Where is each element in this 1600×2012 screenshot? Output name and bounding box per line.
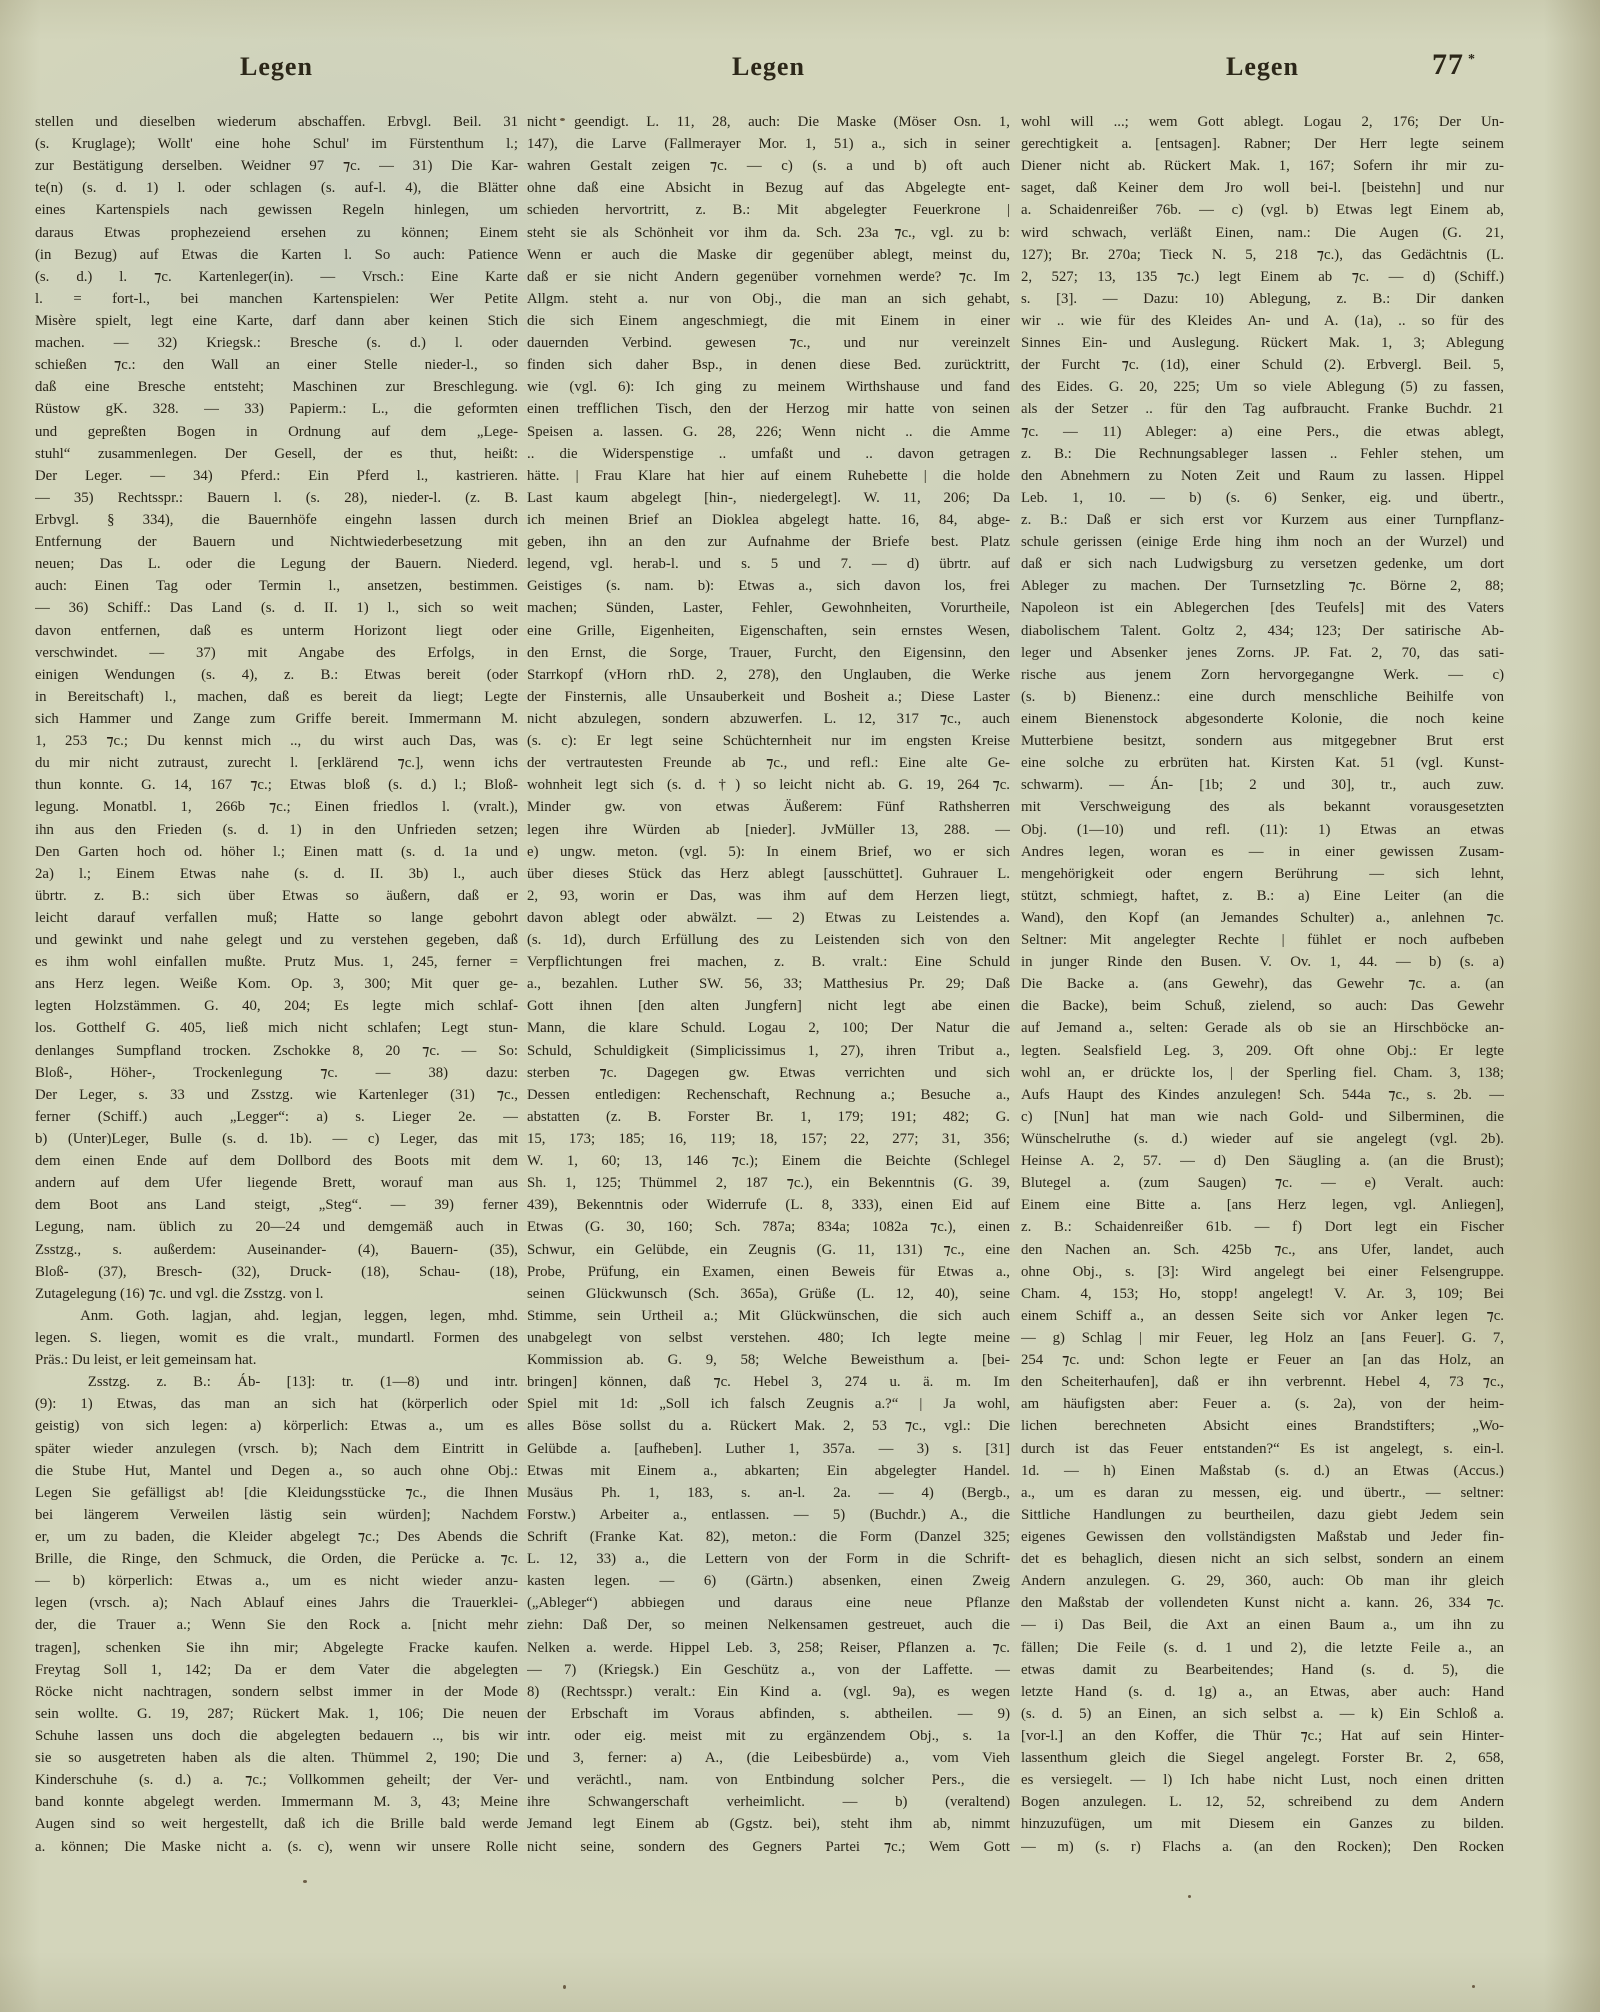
- text-line: Obj. (1—10) und refl. (11): 1) Etwas an …: [1021, 819, 1504, 841]
- text-line: Schwur, ein Gelübde, ein Zeugnis (G. 11,…: [527, 1239, 1010, 1261]
- text-line: nicht geendigt. L. 11, 28, auch: Die Mas…: [527, 111, 1010, 133]
- text-line: 1, 253 ⁊c.; Du kennst mich .., du wirst …: [35, 730, 518, 752]
- text-line: — g) Schlag | mir Feuer, leg Holz an [an…: [1021, 1327, 1504, 1349]
- text-line: leger und Absenker jenes Zorns. JP. Fat.…: [1021, 642, 1504, 664]
- text-line: etwas damit zu Bearbeitendes; Hand (s. d…: [1021, 1659, 1504, 1681]
- text-line: Last kaum abgelegt [hin-, niedergelegt].…: [527, 487, 1010, 509]
- text-line: Einem eine Bitte a. [ans Herz legen, vgl…: [1021, 1194, 1504, 1216]
- text-line: Rüstow gK. 328. — 33) Papierm.: L., die …: [35, 398, 518, 420]
- text-line: wohnheit legt sich (s. d. †) so leicht n…: [527, 774, 1010, 796]
- text-line: Mutterbiene besitzt, sondern aus mitgege…: [1021, 730, 1504, 752]
- text-line: W. 1, 60; 13, 146 ⁊c.); Einem die Beicht…: [527, 1150, 1010, 1172]
- text-line: übrtr. z. B.: sich über Etwas so äußern,…: [35, 885, 518, 907]
- paper-speck: [1188, 1895, 1191, 1898]
- text-line: Brille, die Ringe, den Schmuck, die Orde…: [35, 1548, 518, 1570]
- text-line: Zsstzg. z. B.: Áb- [13]: tr. (1—8) und i…: [35, 1371, 518, 1393]
- text-line: Gott ihnen [den alten Jungfern] nicht le…: [527, 995, 1010, 1017]
- text-column-2: nicht geendigt. L. 11, 28, auch: Die Mas…: [527, 111, 1010, 1858]
- text-line: der, die Trauer a.; Wenn Sie den Rock a.…: [35, 1614, 518, 1636]
- text-line: verschwindet. — 37) mit Angabe des Erfol…: [35, 642, 518, 664]
- text-line: der Erbschaft im Voraus abfinden, s. abt…: [527, 1703, 1010, 1725]
- text-line: 8) (Rechtsspr.) veralt.: Ein Kind a. (vg…: [527, 1681, 1010, 1703]
- text-line: band konnte abgelegt werden. Immermann M…: [35, 1791, 518, 1813]
- text-line: Leb. 1, 10. — b) (s. 6) Senker, eig. und…: [1021, 487, 1504, 509]
- text-line: Verpflichtungen frei machen, z. B. vralt…: [527, 951, 1010, 973]
- text-line: stuhl“ zusammenlegen. Der Gesell, der es…: [35, 443, 518, 465]
- text-line: Schuhe lassen uns doch die abgelegten be…: [35, 1725, 518, 1747]
- text-line: einem Schiff a., an dessen Seite sich vo…: [1021, 1305, 1504, 1327]
- text-line: sterben ⁊c. Dagegen gw. Etwas verrichten…: [527, 1062, 1010, 1084]
- text-line: Allgm. steht a. nur von Obj., die man an…: [527, 288, 1010, 310]
- text-line: wird schwach, verläßt Einen, nam.: Die A…: [1021, 222, 1504, 244]
- text-line: Bogen anzulegen. L. 12, 52, schreibend z…: [1021, 1791, 1504, 1813]
- text-line: legten Holzstämmen. G. 40, 204; Es legte…: [35, 995, 518, 1017]
- text-line: thun konnte. G. 14, 167 ⁊c.; Etwas bloß …: [35, 774, 518, 796]
- text-line: daraus Etwas prophezeiend ersehen zu kön…: [35, 222, 518, 244]
- text-line: eigenes Gewissen den vollständigsten Maß…: [1021, 1526, 1504, 1548]
- text-line: die sich Einem angeschmiegt, die mit Ein…: [527, 310, 1010, 332]
- text-line: Legen Sie gefälligst ab! [die Kleidungss…: [35, 1482, 518, 1504]
- text-line: tragen], schenken Sie ihn mir; Abgelegte…: [35, 1637, 518, 1659]
- text-line: davon ablegt oder abwälzt. — 2) Etwas zu…: [527, 907, 1010, 929]
- text-line: intr. oder eig. meist mit zu ergänzendem…: [527, 1725, 1010, 1747]
- text-line: es versiegelt. — l) Ich habe nicht Lust,…: [1021, 1769, 1504, 1791]
- text-line: ihre Schwangerschaft verheimlicht. — b) …: [527, 1791, 1010, 1813]
- text-line: Etwas mit Einem a., abkarten; Ein abgele…: [527, 1460, 1010, 1482]
- text-line: Heinse A. 2, 57. — d) Den Säugling a. (a…: [1021, 1150, 1504, 1172]
- text-line: bringen] können, daß ⁊c. Hebel 3, 274 u.…: [527, 1371, 1010, 1393]
- text-line: steht sie als Schönheit vor ihm da. Sch.…: [527, 222, 1010, 244]
- text-line: den Nachen an. Sch. 425b ⁊c., ans Ufer, …: [1021, 1239, 1504, 1261]
- text-line: Stimme, sein Urtheil a.; Mit Glückwünsch…: [527, 1305, 1010, 1327]
- text-line: — 35) Rechtsspr.: Bauern l. (s. 28), nie…: [35, 487, 518, 509]
- page-number-value: 77: [1432, 48, 1464, 81]
- text-line: e) ungw. meton. (vgl. 5): In einem Brief…: [527, 841, 1010, 863]
- text-line: denlanges Sumpfland trocken. Zschokke 8,…: [35, 1040, 518, 1062]
- text-line: (s. d.) l. ⁊c. Kartenleger(in). — Vrsch.…: [35, 266, 518, 288]
- text-line: du mir nicht zutraust, zurecht l. [erklä…: [35, 752, 518, 774]
- text-line: nicht abzulegen, sondern abzuwerfen. L. …: [527, 708, 1010, 730]
- text-line: machen. — 32) Kriegsk.: Bresche (s. d.) …: [35, 332, 518, 354]
- text-line: legend, vgl. herab-l. und s. 5 und 7. — …: [527, 553, 1010, 575]
- text-line: durch ist das Feuer entstanden?“ Es ist …: [1021, 1438, 1504, 1460]
- text-line: alles Böse sollst du a. Rückert Mak. 2, …: [527, 1415, 1010, 1437]
- text-line: sie so ausgetreten haben als die alten. …: [35, 1747, 518, 1769]
- text-line: — 36) Schiff.: Das Land (s. d. II. 1) l.…: [35, 597, 518, 619]
- text-line: (s. b) Bienenz.: eine durch menschliche …: [1021, 686, 1504, 708]
- text-line: und gewinkt und nahe gelegt und zu verst…: [35, 929, 518, 951]
- text-line: ziehn: Daß Der, so meinen Nelkensamen ge…: [527, 1614, 1010, 1636]
- text-line: (s. d. 5) an Einen, an sich selbst a. — …: [1021, 1703, 1504, 1725]
- text-line: Geistiges (s. nam. b): Etwas a., sich da…: [527, 575, 1010, 597]
- text-line: dauernden Verbind. gewesen ⁊c., und nur …: [527, 332, 1010, 354]
- text-line: 1d. — h) Einen Maßstab (s. d.) an Etwas …: [1021, 1460, 1504, 1482]
- text-line: auf Jemand a., selten: Gerade als ob sie…: [1021, 1017, 1504, 1039]
- text-line: z. B.: Daß er sich erst vor Kurzem aus e…: [1021, 509, 1504, 531]
- text-line: den Maßstab der vollendeten Kunst nicht …: [1021, 1592, 1504, 1614]
- paper-speck: [560, 118, 565, 121]
- text-line: 254 ⁊c. und: Schon legte er Feuer an [an…: [1021, 1349, 1504, 1371]
- text-line: (s. 1d), durch Erfüllung des zu Leistend…: [527, 929, 1010, 951]
- text-line: Wand), den Kopf (an Jemandes Schulter) a…: [1021, 907, 1504, 929]
- text-line: davon entfernen, daß es unterm Horizont …: [35, 620, 518, 642]
- text-line: Etwas (G. 30, 160; Sch. 787a; 834a; 1082…: [527, 1216, 1010, 1238]
- text-line: Kommission ab. G. 9, 58; Welche Beweisth…: [527, 1349, 1010, 1371]
- text-line: det es behaglich, diesen nicht an sich s…: [1021, 1548, 1504, 1570]
- text-line: ohne daß eine Absicht in Bezug auf das A…: [527, 177, 1010, 199]
- text-line: Schrift (Franke Kat. 82), meton.: die Fo…: [527, 1526, 1010, 1548]
- text-line: stellen und dieselben wiederum abschaffe…: [35, 111, 518, 133]
- text-line: geistig) von sich legen: a) körperlich: …: [35, 1415, 518, 1437]
- text-line: Andres legen, woran es — in einer gewiss…: [1021, 841, 1504, 863]
- text-line: z. B.: Die Rechnungsableger lassen .. Fe…: [1021, 443, 1504, 465]
- text-line: (in Bezug) auf Etwas die Karten l. So au…: [35, 244, 518, 266]
- text-line: wir .. wie für des Kleides An- und A. (1…: [1021, 310, 1504, 332]
- text-line: und gepreßten Bogen in Ordnung auf dem „…: [35, 421, 518, 443]
- text-line: legen (vrsch. a); Nach Ablauf eines Jahr…: [35, 1592, 518, 1614]
- text-line: sich Hammer und Zange zum Griffe bereit.…: [35, 708, 518, 730]
- text-line: wohl will ...; wem Gott ablegt. Logau 2,…: [1021, 111, 1504, 133]
- text-line: ihn aus den Frieden (s. d. 1) in den Unf…: [35, 819, 518, 841]
- text-line: 127); Br. 270a; Tieck N. 5, 218 ⁊c.), da…: [1021, 244, 1504, 266]
- text-line: schießen ⁊c.: den Wall an einer Stelle n…: [35, 354, 518, 376]
- text-line: [vor-l.] an den Koffer, die Thür ⁊c.; Ha…: [1021, 1725, 1504, 1747]
- text-line: Gelübde a. [aufheben]. Luther 1, 357a. —…: [527, 1438, 1010, 1460]
- text-line: Die Backe a. (ans Gewehr), das Gewehr ⁊c…: [1021, 973, 1504, 995]
- text-line: Wünschelruthe (s. d.) wieder auf sie ang…: [1021, 1128, 1504, 1150]
- text-line: finden sich daher Bsp., in denen diese B…: [527, 354, 1010, 376]
- text-line: später wieder anzulegen (vrsch. b); Nach…: [35, 1438, 518, 1460]
- text-line: Spiel mit 1d: „Soll ich falsch Zeugnis a…: [527, 1393, 1010, 1415]
- text-line: — i) Das Beil, die Axt an einen Baum a.,…: [1021, 1614, 1504, 1636]
- text-line: Kinderschuhe (s. d.) a. ⁊c.; Vollkommen …: [35, 1769, 518, 1791]
- text-line: in Bereitschaft) l., machen, daß es bere…: [35, 686, 518, 708]
- text-line: Probe, Prüfung, ein Examen, einen Beweis…: [527, 1261, 1010, 1283]
- text-line: die Stube Hut, Mantel und Degen a., so a…: [35, 1460, 518, 1482]
- text-line: ferner (Schiff.) auch „Legger“: a) s. Li…: [35, 1106, 518, 1128]
- text-line: den Ernst, die Sorge, Trauer, Furcht, de…: [527, 642, 1010, 664]
- text-line: in junger Rinde den Busen. V. Ov. 1, 44.…: [1021, 951, 1504, 973]
- text-line: Minder gw. von etwas Äußerem: Fünf Raths…: [527, 796, 1010, 818]
- text-line: ans Herz legen. Weiße Kom. Op. 3, 300; M…: [35, 973, 518, 995]
- text-line: stützt, schmiegt, haftet, z. B.: a) Eine…: [1021, 885, 1504, 907]
- text-line: Legung, nam. üblich zu 20—24 und demgemä…: [35, 1216, 518, 1238]
- text-line: es ihm wohl einfallen mußte. Prutz Mus. …: [35, 951, 518, 973]
- text-line: wahren Gestalt zeigen ⁊c. — c) (s. a und…: [527, 155, 1010, 177]
- text-line: diabolischem Talent. Goltz 2, 434; 123; …: [1021, 620, 1504, 642]
- text-line: dem Boot ans Land steigt, „Steg“. — 39) …: [35, 1194, 518, 1216]
- text-line: Forstw.) Arbeiter a., entlassen. — 5) (B…: [527, 1504, 1010, 1526]
- text-line: hätte. | Frau Klare hat hier auf einem R…: [527, 465, 1010, 487]
- text-line: .. die Widerspenstige .. umfaßt und .. d…: [527, 443, 1010, 465]
- text-line: Dessen entledigen: Rechenschaft, Rechnun…: [527, 1084, 1010, 1106]
- text-line: Aufs Haupt des Kindes anzulegen! Sch. 54…: [1021, 1084, 1504, 1106]
- text-line: los. Gotthelf G. 405, ließ mich nicht sc…: [35, 1017, 518, 1039]
- text-line: Sh. 1, 125; Thümmel 2, 187 ⁊c.), ein Bek…: [527, 1172, 1010, 1194]
- text-line: lassenthum gleich die Siegel angelegt. F…: [1021, 1747, 1504, 1769]
- text-line: a., um es daran zu messen, eig. und über…: [1021, 1482, 1504, 1504]
- text-line: Augen sind so weit hergestellt, daß ich …: [35, 1813, 518, 1835]
- text-line: einem Bienenstock abgesonderte Kolonie, …: [1021, 708, 1504, 730]
- text-line: L. 12, 33) a., die Lettern von der Form …: [527, 1548, 1010, 1570]
- text-line: einigen Wendungen (s. 4), z. B.: Etwas b…: [35, 664, 518, 686]
- text-line: und 3, ferner: a) A., (die Leibesbürde) …: [527, 1747, 1010, 1769]
- text-line: Andern anzulegen. G. 29, 360, auch: Ob m…: [1021, 1570, 1504, 1592]
- text-line: (9): 1) Etwas, das man an sich hat (körp…: [35, 1393, 518, 1415]
- text-line: — m) (s. r) Flachs a. (an den Rocken); D…: [1021, 1836, 1504, 1858]
- text-line: Mann, die klare Schuld. Logau 2, 100; De…: [527, 1017, 1010, 1039]
- page-number-mark: *: [1468, 52, 1476, 67]
- text-line: über dieses Stück das Herz ablegt [aussc…: [527, 863, 1010, 885]
- text-line: rische aus jenem Zorn hervorgegangne Wer…: [1021, 664, 1504, 686]
- text-line: gerechtigkeit a. [entsagen]. Rabner; Der…: [1021, 133, 1504, 155]
- text-line: Schuld, Schuldigkeit (Simplicissimus 1, …: [527, 1040, 1010, 1062]
- text-line: er, um zu baden, die Kleider abgelegt ⁊c…: [35, 1526, 518, 1548]
- text-line: geben, ihn an den zur Aufnahme der Brief…: [527, 531, 1010, 553]
- text-line: ohne Obj., s. [3]: Wird angelegt bei ein…: [1021, 1261, 1504, 1283]
- text-line: den Abnehmern zu Noten Zeit und Raum zu …: [1021, 465, 1504, 487]
- text-line: a., bezahlen. Luther SW. 56, 33; Matthes…: [527, 973, 1010, 995]
- text-line: te(n) (s. d. 1) l. oder schlagen (s. auf…: [35, 177, 518, 199]
- text-line: Napoleon ist ein Ablegerchen [des Teufel…: [1021, 597, 1504, 619]
- text-line: fällen; Die Feile (s. d. 1 und 2), die l…: [1021, 1637, 1504, 1659]
- text-line: lichen berechneten Absicht eines Brandst…: [1021, 1415, 1504, 1437]
- text-column-3: wohl will ...; wem Gott ablegt. Logau 2,…: [1021, 111, 1504, 1858]
- text-line: legen ihre Würden ab [nieder]. JvMüller …: [527, 819, 1010, 841]
- text-line: Diener nicht ab. Rückert Mak. 1, 167; So…: [1021, 155, 1504, 177]
- text-line: Misère spielt, legt eine Karte, darf dan…: [35, 310, 518, 332]
- text-line: (s. Kruglage); Wollt' eine hohe Schul' i…: [35, 133, 518, 155]
- text-line: machen; Sünden, Laster, Fehler, Gewohnhe…: [527, 597, 1010, 619]
- text-line: Zsstzg., s. außerdem: Auseinander- (4), …: [35, 1239, 518, 1261]
- text-line: die Backe), beim Schuß, zielend, so auch…: [1021, 995, 1504, 1017]
- text-line: l. = fort-l., bei manchen Kartenspielen:…: [35, 288, 518, 310]
- text-line: — b) körperlich: Etwas a., um es nicht w…: [35, 1570, 518, 1592]
- text-line: schieden hervortritt, z. B.: Mit abgeleg…: [527, 199, 1010, 221]
- text-line: der Finsternis, alle Unsauberkeit und Bo…: [527, 686, 1010, 708]
- text-line: legen. S. liegen, womit es die vralt., m…: [35, 1327, 518, 1349]
- text-line: daß er sich nach Ludwigsburg zu versetze…: [1021, 553, 1504, 575]
- text-line: saget, daß Keiner dem Jro woll bei-l. [b…: [1021, 177, 1504, 199]
- text-line: 2, 527; 13, 135 ⁊c.) legt Einem ab ⁊c. —…: [1021, 266, 1504, 288]
- text-line: mengehörigkeit oder engern Berührung — s…: [1021, 863, 1504, 885]
- text-line: („Ableger“) abbiegen und daraus eine neu…: [527, 1592, 1010, 1614]
- text-line: Den Garten hoch od. höher l.; Einen matt…: [35, 841, 518, 863]
- text-line: nicht seine, sondern des Gegners Partei …: [527, 1836, 1010, 1858]
- text-line: abstatten (z. B. Forster Br. 1, 179; 191…: [527, 1106, 1010, 1128]
- text-line: leicht darauf verfallen muß; Hatte so la…: [35, 907, 518, 929]
- text-line: a. Schaidenreißer 76b. — c) (vgl. b) Etw…: [1021, 199, 1504, 221]
- text-line: daß er sie nicht Andern gegenüber vorneh…: [527, 266, 1010, 288]
- text-line: — 7) (Kriegsk.) Ein Geschütz a., von der…: [527, 1659, 1010, 1681]
- text-line: zur Bestätigung derselben. Weidner 97 ⁊c…: [35, 155, 518, 177]
- text-line: kasten legen. — 6) (Gärtn.) absenken, ei…: [527, 1570, 1010, 1592]
- paper-speck: [303, 1880, 307, 1883]
- text-line: Zutagelegung (16) ⁊c. und vgl. die Zsstz…: [35, 1283, 518, 1305]
- text-line: mit Verschweigung des als bekannt voraus…: [1021, 796, 1504, 818]
- text-line: Starrkopf (vHorn rhD. 2, 278), den Ungla…: [527, 664, 1010, 686]
- text-line: wie (vgl. 6): Ich ging zu meinem Wirthsh…: [527, 376, 1010, 398]
- text-line: Blutegel a. (zum Saugen) ⁊c. — e) Veralt…: [1021, 1172, 1504, 1194]
- text-line: legten. Sealsfield Leg. 3, 209. Oft ohne…: [1021, 1040, 1504, 1062]
- text-line: Sinnes Ein- und Auslegung. Rückert Mak. …: [1021, 332, 1504, 354]
- text-line: Musäus Ph. 1, 183, s. an-l. 2a. — 4) (Be…: [527, 1482, 1010, 1504]
- text-line: Speisen a. lassen. G. 28, 226; Wenn nich…: [527, 421, 1010, 443]
- text-line: eine Grille, Eigenheiten, Eigenschaften,…: [527, 620, 1010, 642]
- text-line: Erbvgl. § 334), die Bauernhöfe eingehn l…: [35, 509, 518, 531]
- text-line: (s. c): Er legt seine Schüchternheit nur…: [527, 730, 1010, 752]
- text-line: auch: Einen Tag oder Termin l., ansetzen…: [35, 575, 518, 597]
- text-line: Cham. 4, 153; Ho, stopp! angelegt! V. Ar…: [1021, 1283, 1504, 1305]
- text-line: Anm. Goth. lagjan, ahd. legjan, leggen, …: [35, 1305, 518, 1327]
- text-line: andern auf dem Ufer liegende Brett, wora…: [35, 1172, 518, 1194]
- text-line: ich meinen Brief an Dioklea abgelegt hat…: [527, 509, 1010, 531]
- text-line: Bloß-, Höher-, Trockenlegung ⁊c. — 38) d…: [35, 1062, 518, 1084]
- text-line: 15, 173; 185; 16, 119; 18, 157; 22, 277;…: [527, 1128, 1010, 1150]
- text-line: des Eides. G. 20, 225; Um so viele Ableg…: [1021, 376, 1504, 398]
- text-line: und verächtl., nam. von Entbindung solch…: [527, 1769, 1010, 1791]
- text-line: a. können; Die Maske nicht a. (s. c), we…: [35, 1836, 518, 1858]
- text-line: z. B.: Schaidenreißer 61b. — f) Dort leg…: [1021, 1216, 1504, 1238]
- text-line: Freytag Soll 1, 142; Da er dem Vater die…: [35, 1659, 518, 1681]
- text-line: Präs.: Du leist, er leit gemeinsam hat.: [35, 1349, 518, 1371]
- text-line: ⁊c. — 11) Ableger: a) eine Pers., die et…: [1021, 421, 1504, 443]
- dictionary-page: Legen Legen Legen 77* stellen und diesel…: [0, 0, 1600, 2012]
- text-line: hinzuzufügen, um mit Diesem ein Ganzes z…: [1021, 1813, 1504, 1835]
- text-line: 147), die Larve (Fallmerayer Mor. 1, 51)…: [527, 133, 1010, 155]
- paper-speck: [563, 1985, 566, 1989]
- text-line: schwarm). — Án- [1b; 2 und 30], tr., auc…: [1021, 774, 1504, 796]
- text-line: den Scheiterhaufen], daß er ihn verbrenn…: [1021, 1371, 1504, 1393]
- text-line: 2a) l.; Einem Etwas nahe (s. d. II. 3b) …: [35, 863, 518, 885]
- page-number: 77*: [1432, 48, 1552, 82]
- paper-speck: [1472, 1985, 1475, 1988]
- text-line: Entfernung der Bauern und Nichtwiederbes…: [35, 531, 518, 553]
- text-line: Sittliche Handlungen zu beurtheilen, daz…: [1021, 1504, 1504, 1526]
- text-line: c) [Nun] hat man wie nach Gold- und Silb…: [1021, 1106, 1504, 1128]
- text-line: neuen; Das L. oder die Legung der Bauern…: [35, 553, 518, 575]
- text-line: s. [3]. — Dazu: 10) Ablegung, z. B.: Dir…: [1021, 288, 1504, 310]
- text-line: eine solche zu erbrüten hat. Kirsten Kat…: [1021, 752, 1504, 774]
- text-line: unabgelegt von selbst verstehen. 480; Ic…: [527, 1327, 1010, 1349]
- text-line: am häufigsten aber: Feuer a. (s. 2a), vo…: [1021, 1393, 1504, 1415]
- text-line: legung. Monatbl. 1, 266b ⁊c.; Einen frie…: [35, 796, 518, 818]
- text-line: Der Leger, s. 33 und Zsstzg. wie Kartenl…: [35, 1084, 518, 1106]
- text-line: Jemand legt Einem ab (Ggstz. bei), steht…: [527, 1813, 1010, 1835]
- text-line: schule gerissen (einige Erde hing ihm no…: [1021, 531, 1504, 553]
- text-line: Ableger zu machen. Der Turnsetzling ⁊c. …: [1021, 575, 1504, 597]
- text-line: eines Kartenspiels nach gewissen Regeln …: [35, 199, 518, 221]
- text-line: der vertrautesten Freunde ab ⁊c., und re…: [527, 752, 1010, 774]
- text-line: Seltner: Mit angelegter Rechte | fühlet …: [1021, 929, 1504, 951]
- text-line: Bloß- (37), Bresch- (32), Druck- (18), S…: [35, 1261, 518, 1283]
- text-line: daß eine Bresche entsteht; Maschinen zur…: [35, 376, 518, 398]
- running-title-column-2: Legen: [527, 52, 1010, 82]
- text-line: b) (Unter)Leger, Bulle (s. d. 1b). — c) …: [35, 1128, 518, 1150]
- text-line: 439), Bekenntnis oder Widerrufe (L. 8, 3…: [527, 1194, 1010, 1216]
- text-line: sein wollte. G. 19, 287; Rückert Mak. 1,…: [35, 1703, 518, 1725]
- text-column-1: stellen und dieselben wiederum abschaffe…: [35, 111, 518, 1858]
- text-line: Wenn er auch die Maske dir gegenüber abl…: [527, 244, 1010, 266]
- text-line: 2, 93, worin er Das, was ihm auf dem Her…: [527, 885, 1010, 907]
- text-line: Nelken a. werde. Hippel Leb. 3, 258; Rei…: [527, 1637, 1010, 1659]
- text-line: Der Leger. — 34) Pferd.: Ein Pferd l., k…: [35, 465, 518, 487]
- text-line: wohl an, er drückte los, | der Sperling …: [1021, 1062, 1504, 1084]
- text-line: der Furcht ⁊c. (1d), einer Schuld (2). E…: [1021, 354, 1504, 376]
- text-line: als der Setzer .. für den Tag aufbraucht…: [1021, 398, 1504, 420]
- running-title-column-1: Legen: [35, 52, 518, 82]
- text-line: seinen Glückwunsch (Sch. 365a), Grüße (L…: [527, 1283, 1010, 1305]
- text-line: Röcke nicht nachtragen, sondern selbst i…: [35, 1681, 518, 1703]
- text-line: dem einen Ende auf dem Dollbord des Boot…: [35, 1150, 518, 1172]
- text-line: bei längerem Verweilen lästig sein würde…: [35, 1504, 518, 1526]
- text-line: einen trefflichen Tisch, den der Herzog …: [527, 398, 1010, 420]
- text-line: letzte Hand (s. d. 1g) a., an Etwas, abe…: [1021, 1681, 1504, 1703]
